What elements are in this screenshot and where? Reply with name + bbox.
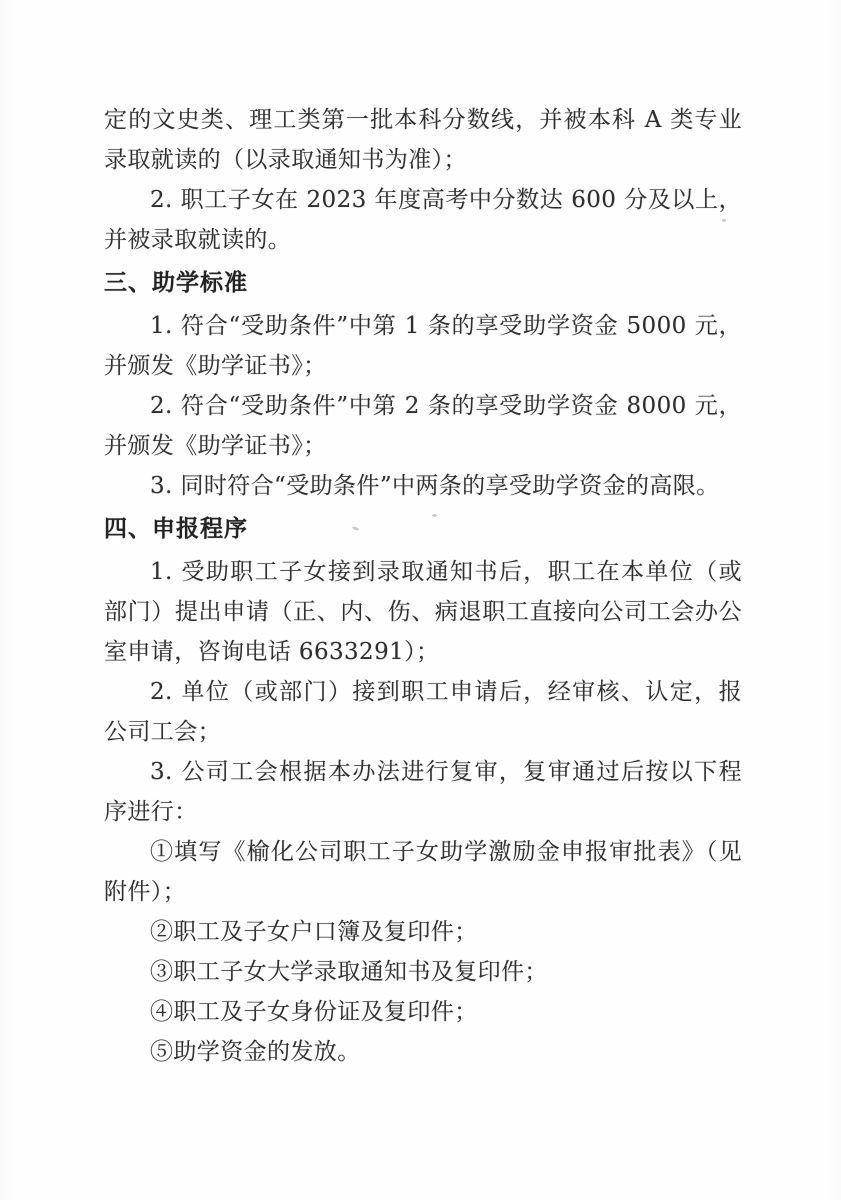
paragraph-procedure-3: 3. 公司工会根据本办法进行复审，复审通过后按以下程序进行： [104,752,742,832]
paragraph-procedure-2: 2. 单位（或部门）接到职工申请后，经审核、认定，报公司工会； [104,672,742,752]
section-heading-application-procedure: 四、申报程序 [104,509,742,549]
paragraph-standard-2: 2. 符合“受助条件”中第 2 条的享受助学资金 8000 元，并颁发《助学证书… [104,386,742,466]
paragraph-procedure-1: 1. 受助职工子女接到录取通知书后，职工在本单位（或部门）提出申请（正、内、伤、… [104,552,742,672]
paragraph-step-2-hukou: ②职工及子女户口簿及复印件； [104,912,742,952]
paragraph-step-3-admission-letter: ③职工子女大学录取通知书及复印件； [104,952,742,992]
document-body: 定的文史类、理工类第一批本科分数线，并被本科 A 类专业录取就读的（以录取通知书… [104,100,742,1072]
paragraph-step-4-id-card: ④职工及子女身份证及复印件； [104,992,742,1032]
paragraph-continuation: 定的文史类、理工类第一批本科分数线，并被本科 A 类专业录取就读的（以录取通知书… [104,100,742,180]
paragraph-standard-1: 1. 符合“受助条件”中第 1 条的享受助学资金 5000 元，并颁发《助学证书… [104,306,742,386]
paragraph-standard-3: 3. 同时符合“受助条件”中两条的享受助学资金的高限。 [104,466,742,506]
paragraph-step-5-fund-disbursement: ⑤助学资金的发放。 [104,1032,742,1072]
paragraph-condition-2: 2. 职工子女在 2023 年度高考中分数达 600 分及以上，并被录取就读的。 [104,180,742,260]
section-heading-aid-standard: 三、助学标准 [104,263,742,303]
scanned-document-page: 定的文史类、理工类第一批本科分数线，并被本科 A 类专业录取就读的（以录取通知书… [0,0,841,1200]
paragraph-step-1-form: ①填写《榆化公司职工子女助学激励金申报审批表》（见附件）； [104,832,742,912]
